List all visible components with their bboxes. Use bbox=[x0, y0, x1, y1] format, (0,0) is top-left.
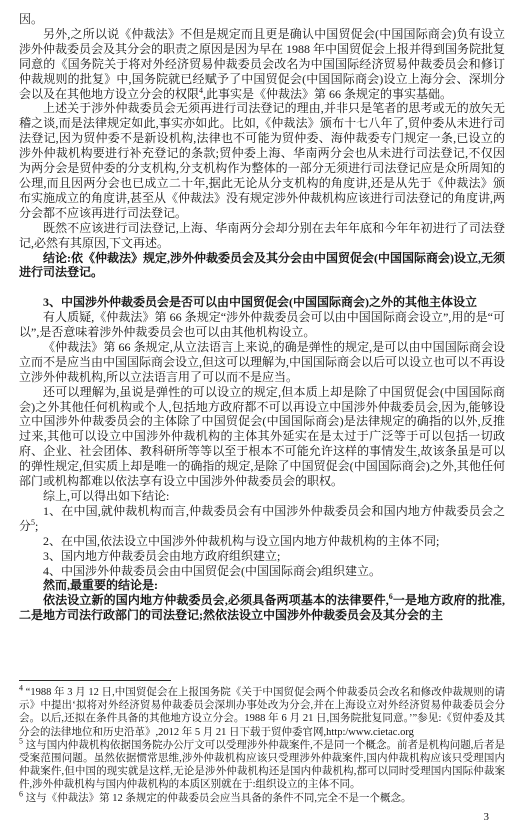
section-heading: 3、中国涉外仲裁委员会是否可以由中国贸促会(中国国际商会)之外的其他主体设立 bbox=[19, 295, 505, 310]
paragraph-spacer bbox=[19, 280, 505, 295]
paragraph-list-item: 4、中国涉外仲裁委员会由中国贸促会(中国国际商会)组织建立。 bbox=[19, 564, 505, 579]
paragraph-list-item: 2、在中国,依法设立中国涉外仲裁机构与设立国内地方仲裁机构的主体不同; bbox=[19, 534, 505, 549]
paragraph: 有人质疑,《仲裁法》第 66 条规定“涉外仲裁委员会可以由中国国际商会设立”,用… bbox=[19, 310, 505, 340]
footnote-separator bbox=[19, 680, 171, 681]
footnote: 5 这与国内仲裁机构依据国务院办公厅文可以受理涉外仲裁案件,不是同一个概念。前者… bbox=[19, 739, 505, 792]
paragraph-list-item: 1、在中国,就仲裁机构而言,仲裁委员会有中国涉外仲裁委员会和国内地方仲裁委员会之… bbox=[19, 504, 505, 534]
paragraph-emphasis: 然而,最重要的结论是: bbox=[19, 578, 505, 593]
paragraph-continuation: 因。 bbox=[19, 12, 505, 27]
paragraph: 《仲裁法》第 66 条规定,从立法语言上来说,的确是弹性的规定,是可以由中国国际… bbox=[19, 340, 505, 385]
footnote: 4 “1988 年 3 月 12 日,中国贸促会在上报国务院《关于中国贸促会两个… bbox=[19, 686, 505, 739]
document-page: 因。另外,之所以说《仲裁法》不但是规定而且更是确认中国贸促会(中国国际商会)负有… bbox=[0, 0, 515, 838]
paragraph-conclusion: 结论:依《仲裁法》规定,涉外仲裁委员会及其分会由中国贸促会(中国国际商会)设立,… bbox=[19, 251, 505, 281]
footnote-area: 4 “1988 年 3 月 12 日,中国贸促会在上报国务院《关于中国贸促会两个… bbox=[19, 680, 505, 805]
document-body: 因。另外,之所以说《仲裁法》不但是规定而且更是确认中国贸促会(中国国际商会)负有… bbox=[19, 12, 505, 623]
footnotes: 4 “1988 年 3 月 12 日,中国贸促会在上报国务院《关于中国贸促会两个… bbox=[19, 686, 505, 805]
paragraph: 综上,可以得出如下结论: bbox=[19, 489, 505, 504]
page-number: 3 bbox=[484, 811, 490, 823]
paragraph: 上述关于涉外仲裁委员会无须再进行司法登记的理由,并非只是笔者的思考或无的放矢无稽… bbox=[19, 101, 505, 220]
footnote: 6 这与《仲裁法》第 12 条规定的仲裁委员会应当具备的条件不同,完全不是一个概… bbox=[19, 792, 505, 805]
paragraph: 还可以理解为,虽说是弹性的可以设立的规定,但本质上却是除了中国贸促会(中国国际商… bbox=[19, 385, 505, 489]
paragraph: 另外,之所以说《仲裁法》不但是规定而且更是确认中国贸促会(中国国际商会)负有设立… bbox=[19, 27, 505, 102]
paragraph: 既然不应该进行司法登记,上海、华南两分会却分别在去年年底和今年年初进行了司法登记… bbox=[19, 221, 505, 251]
paragraph-emphasis: 依法设立新的国内地方仲裁委员会,必须具备两项基本的法律要件,6一是地方政府的批准… bbox=[19, 593, 505, 623]
paragraph-list-item: 3、国内地方仲裁委员会由地方政府组织建立; bbox=[19, 549, 505, 564]
